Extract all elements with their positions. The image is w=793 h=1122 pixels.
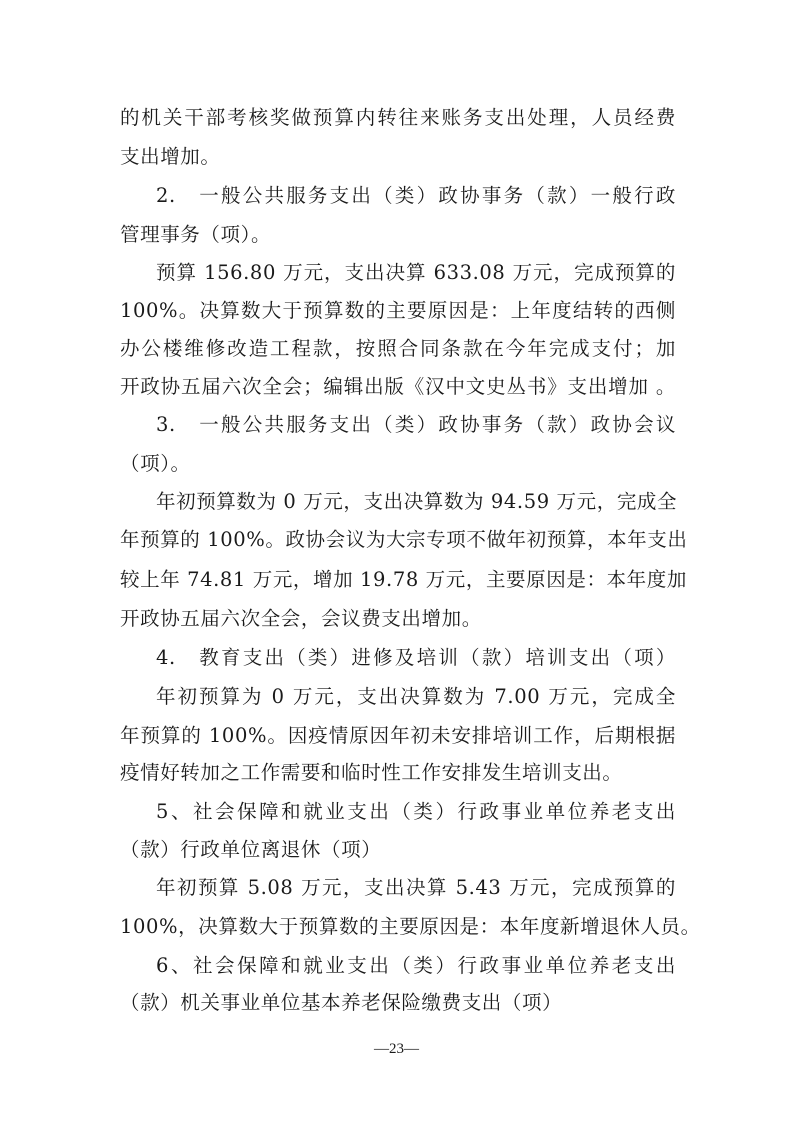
- text-line: 支出增加。: [120, 145, 676, 169]
- text-line: （款）行政单位离退休（项）: [120, 838, 676, 862]
- text-line: 年初预算 5.08 万元，支出决算 5.43 万元，完成预算的: [156, 876, 676, 900]
- text-line: 办公楼维修改造工程款，按照合同条款在今年完成支付；加: [120, 337, 676, 361]
- text-line: 年初预算数为 0 万元，支出决算数为 94.59 万元，完成全: [156, 490, 676, 514]
- page-number: —23—: [0, 1041, 793, 1058]
- text-line: 疫情好转加之工作需要和临时性工作安排发生培训支出。: [120, 761, 676, 785]
- text-line: （项）。: [120, 452, 676, 476]
- text-line: 较上年 74.81 万元，增加 19.78 万元，主要原因是：本年度加: [120, 568, 676, 592]
- text-line: 年预算的 100%。政协会议为大宗专项不做年初预算，本年支出: [120, 528, 676, 552]
- text-line: 100%。决算数大于预算数的主要原因是：上年度结转的西侧: [120, 299, 676, 323]
- text-line: 4. 教育支出（类）进修及培训（款）培训支出（项）: [156, 646, 676, 670]
- text-line: 年初预算为 0 万元，支出决算数为 7.00 万元，完成全: [156, 685, 676, 709]
- text-line: 3. 一般公共服务支出（类）政协事务（款）政协会议: [156, 413, 676, 437]
- text-line: 100%，决算数大于预算数的主要原因是：本年度新增退休人员。: [120, 915, 676, 939]
- text-line: 的机关干部考核奖做预算内转往来账务支出处理，人员经费: [120, 106, 676, 130]
- text-line: 6、社会保障和就业支出（类）行政事业单位养老支出: [156, 954, 676, 978]
- text-line: （款）机关事业单位基本养老保险缴费支出（项）: [120, 991, 676, 1015]
- text-line: 开政协五届六次全会，会议费支出增加。: [120, 607, 676, 631]
- text-line: 开政协五届六次全会；编辑出版《汉中文史丛书》支出增加 。: [120, 375, 676, 399]
- text-line: 管理事务（项）。: [120, 223, 676, 247]
- text-line: 预算 156.80 万元，支出决算 633.08 万元，完成预算的: [156, 261, 676, 285]
- text-line: 5、社会保障和就业支出（类）行政事业单位养老支出: [156, 800, 676, 824]
- text-line: 年预算的 100%。因疫情原因年初未安排培训工作，后期根据: [120, 724, 676, 748]
- text-line: 2. 一般公共服务支出（类）政协事务（款）一般行政: [156, 184, 676, 208]
